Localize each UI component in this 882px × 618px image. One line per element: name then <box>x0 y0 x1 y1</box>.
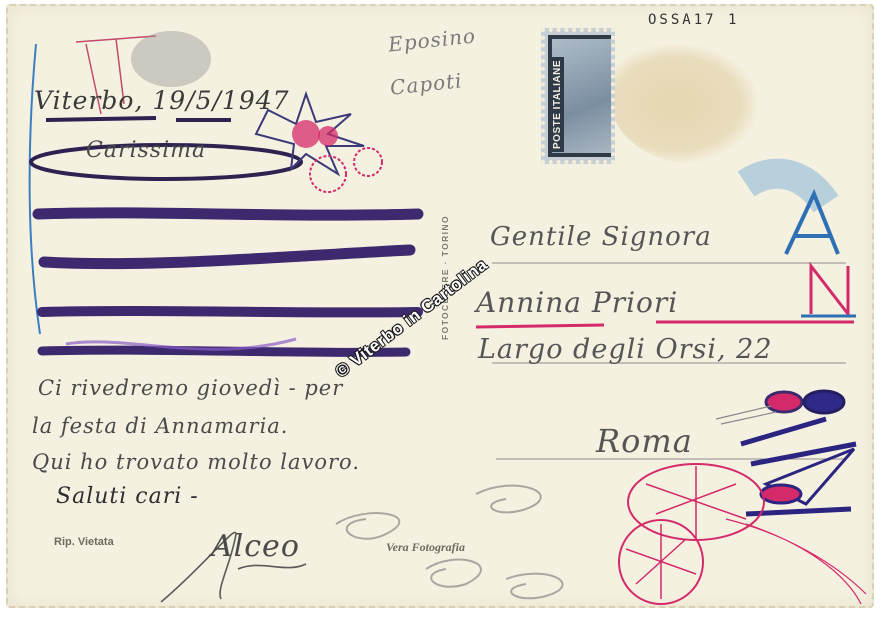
address-line-2: Annina Priori <box>476 286 678 319</box>
message-line-2: la festa di Annamaria. <box>32 414 288 438</box>
stamp-text: POSTE ITALIANE <box>551 57 564 152</box>
address-line-4: Roma <box>596 422 693 460</box>
message-line-1: Ci rivedremo giovedì - per <box>38 376 343 400</box>
address-line-3: Largo degli Orsi, 22 <box>478 334 773 365</box>
photo-type: Vera Fotografia <box>386 540 465 555</box>
message-line-4: Saluti cari - <box>56 484 199 509</box>
message-line-3: Qui ho trovato molto lavoro. <box>32 450 360 474</box>
place-date: Viterbo, 19/5/1947 <box>34 86 290 115</box>
postage-stamp: POSTE ITALIANE <box>541 28 615 164</box>
signature: Alceo <box>211 529 300 564</box>
postcard-back: POSTE ITALIANE OSSA17 1 Eposino Capoti V… <box>6 4 874 608</box>
postmark-fragment: OSSA17 1 <box>648 12 739 28</box>
address-line-1: Gentile Signora <box>490 222 712 252</box>
rights-notice: Rip. Vietata <box>54 536 114 548</box>
salutation: Carissima <box>86 138 206 163</box>
